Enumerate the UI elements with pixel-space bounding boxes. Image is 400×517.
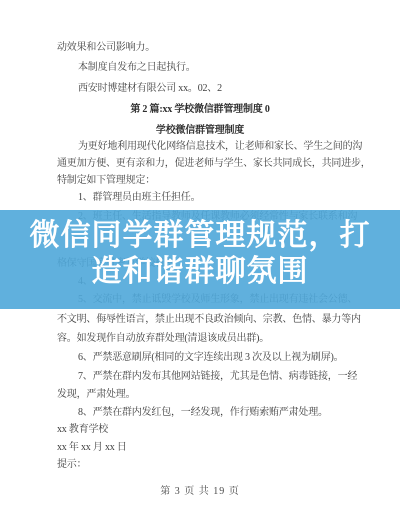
doc-line: 发现，严肃处理。 [57,389,380,401]
doc-line: 本制度自发布之日起执行。 [57,62,380,74]
doc-line-date: xx 年 xx 月 xx 日 [57,442,380,454]
page-footer: 第 3 页 共 19 页 [0,482,400,497]
doc-line: 特制定如下管理规定： [57,175,380,187]
doc-line: 动效果和公司影响力。 [57,42,380,54]
doc-line: 为更好地利用现代化网络信息技术，让老师和家长、学生之间的沟 [57,141,380,153]
banner-title: 微信同学群管理规范，打造和谐群聊氛围 [26,218,374,290]
doc-line-rule-8: 8、严禁在群内发红包，一经发现，作行贿索贿严肃处理。 [57,407,380,419]
doc-heading-title: 学校微信群管理制度 [57,125,343,137]
doc-line: 通更加方便、更有亲和力，促进老师与学生、家长共同成长，共同进步， [57,158,380,170]
doc-line-school: xx 教育学校 [57,424,380,436]
doc-line-rule-7: 7、严禁在群内发布其他网站链接，尤其是色情、病毒链接，一经 [57,371,380,383]
doc-line-rule-1: 1、群管理员由班主任担任。 [57,192,380,204]
doc-line-hint: 提示： [57,459,380,471]
scanned-document-page: 动效果和公司影响力。 本制度自发布之日起执行。 西安时博建材有限公司 xx。02… [0,0,400,517]
doc-line-rule-6: 6、严禁恶意刷屏(相同的文字连续出现 3 次及以上视为刷屏)。 [57,352,380,364]
doc-line: 容。如发现作自动放弃群处理(清退该成员出群)。 [57,333,380,345]
doc-line: 西安时博建材有限公司 xx。02、2 [57,83,380,95]
doc-line: 不文明、侮辱性语言，禁止出现不良政治倾向、宗教、色情、暴力等内 [57,314,380,326]
doc-heading-chapter: 第 2 篇:xx 学校微信群管理制度 0 [57,104,343,116]
